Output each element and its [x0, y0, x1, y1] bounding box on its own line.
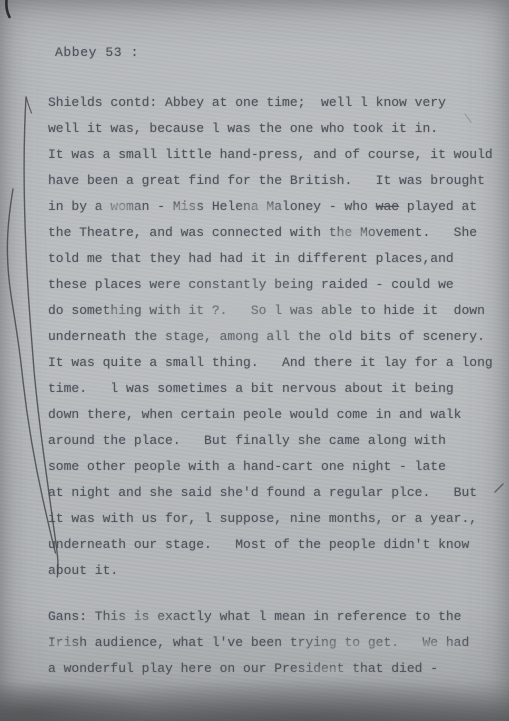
typewritten-content: Abbey 53 : Shields contd: Abbey at one t… [0, 0, 509, 721]
struck-word: wae [376, 199, 399, 214]
text-line: have been a great find for the British. … [48, 168, 493, 194]
text-line: a wonderful play here on our President t… [48, 656, 469, 682]
text-line: it was with us for, l suppose, nine mont… [48, 506, 493, 532]
paragraph-gans: Gans: This is exactly what l mean in ref… [48, 604, 469, 682]
text-line: do something with it ?. So l was able to… [48, 298, 493, 324]
page-heading: Abbey 53 : [55, 40, 139, 66]
text-line: around the place. But finally she came a… [48, 428, 493, 454]
text-line: Irish audience, what l've been trying to… [48, 630, 469, 656]
text-line: in by a woman - Miss Helena Maloney - wh… [48, 194, 493, 220]
text-segment: in by a woman - Miss Helena Maloney - wh… [48, 199, 376, 214]
text-line: Shields contd: Abbey at one time; well l… [48, 90, 493, 116]
text-line: told me that they had had it in differen… [48, 246, 493, 272]
text-line: time. l was sometimes a bit nervous abou… [48, 376, 493, 402]
text-segment: played at [399, 199, 477, 214]
text-line: well it was, because l was the one who t… [48, 116, 493, 142]
text-line: at night and she said she'd found a regu… [48, 480, 493, 506]
text-line: It was a small little hand-press, and of… [48, 142, 493, 168]
text-line: underneath the stage, among all the old … [48, 324, 493, 350]
text-line: It was quite a small thing. And there it… [48, 350, 493, 376]
text-line: down there, when certain peole would com… [48, 402, 493, 428]
scanned-document-page: Abbey 53 : Shields contd: Abbey at one t… [0, 0, 509, 721]
text-line: these places were constantly being raide… [48, 272, 493, 298]
text-line: some other people with a hand-cart one n… [48, 454, 493, 480]
text-line: about it. [48, 558, 493, 584]
text-line: the Theatre, and was connected with the … [48, 220, 493, 246]
text-line: underneath our stage. Most of the people… [48, 532, 493, 558]
paragraph-shields: Shields contd: Abbey at one time; well l… [48, 90, 493, 584]
text-line: Gans: This is exactly what l mean in ref… [48, 604, 469, 630]
